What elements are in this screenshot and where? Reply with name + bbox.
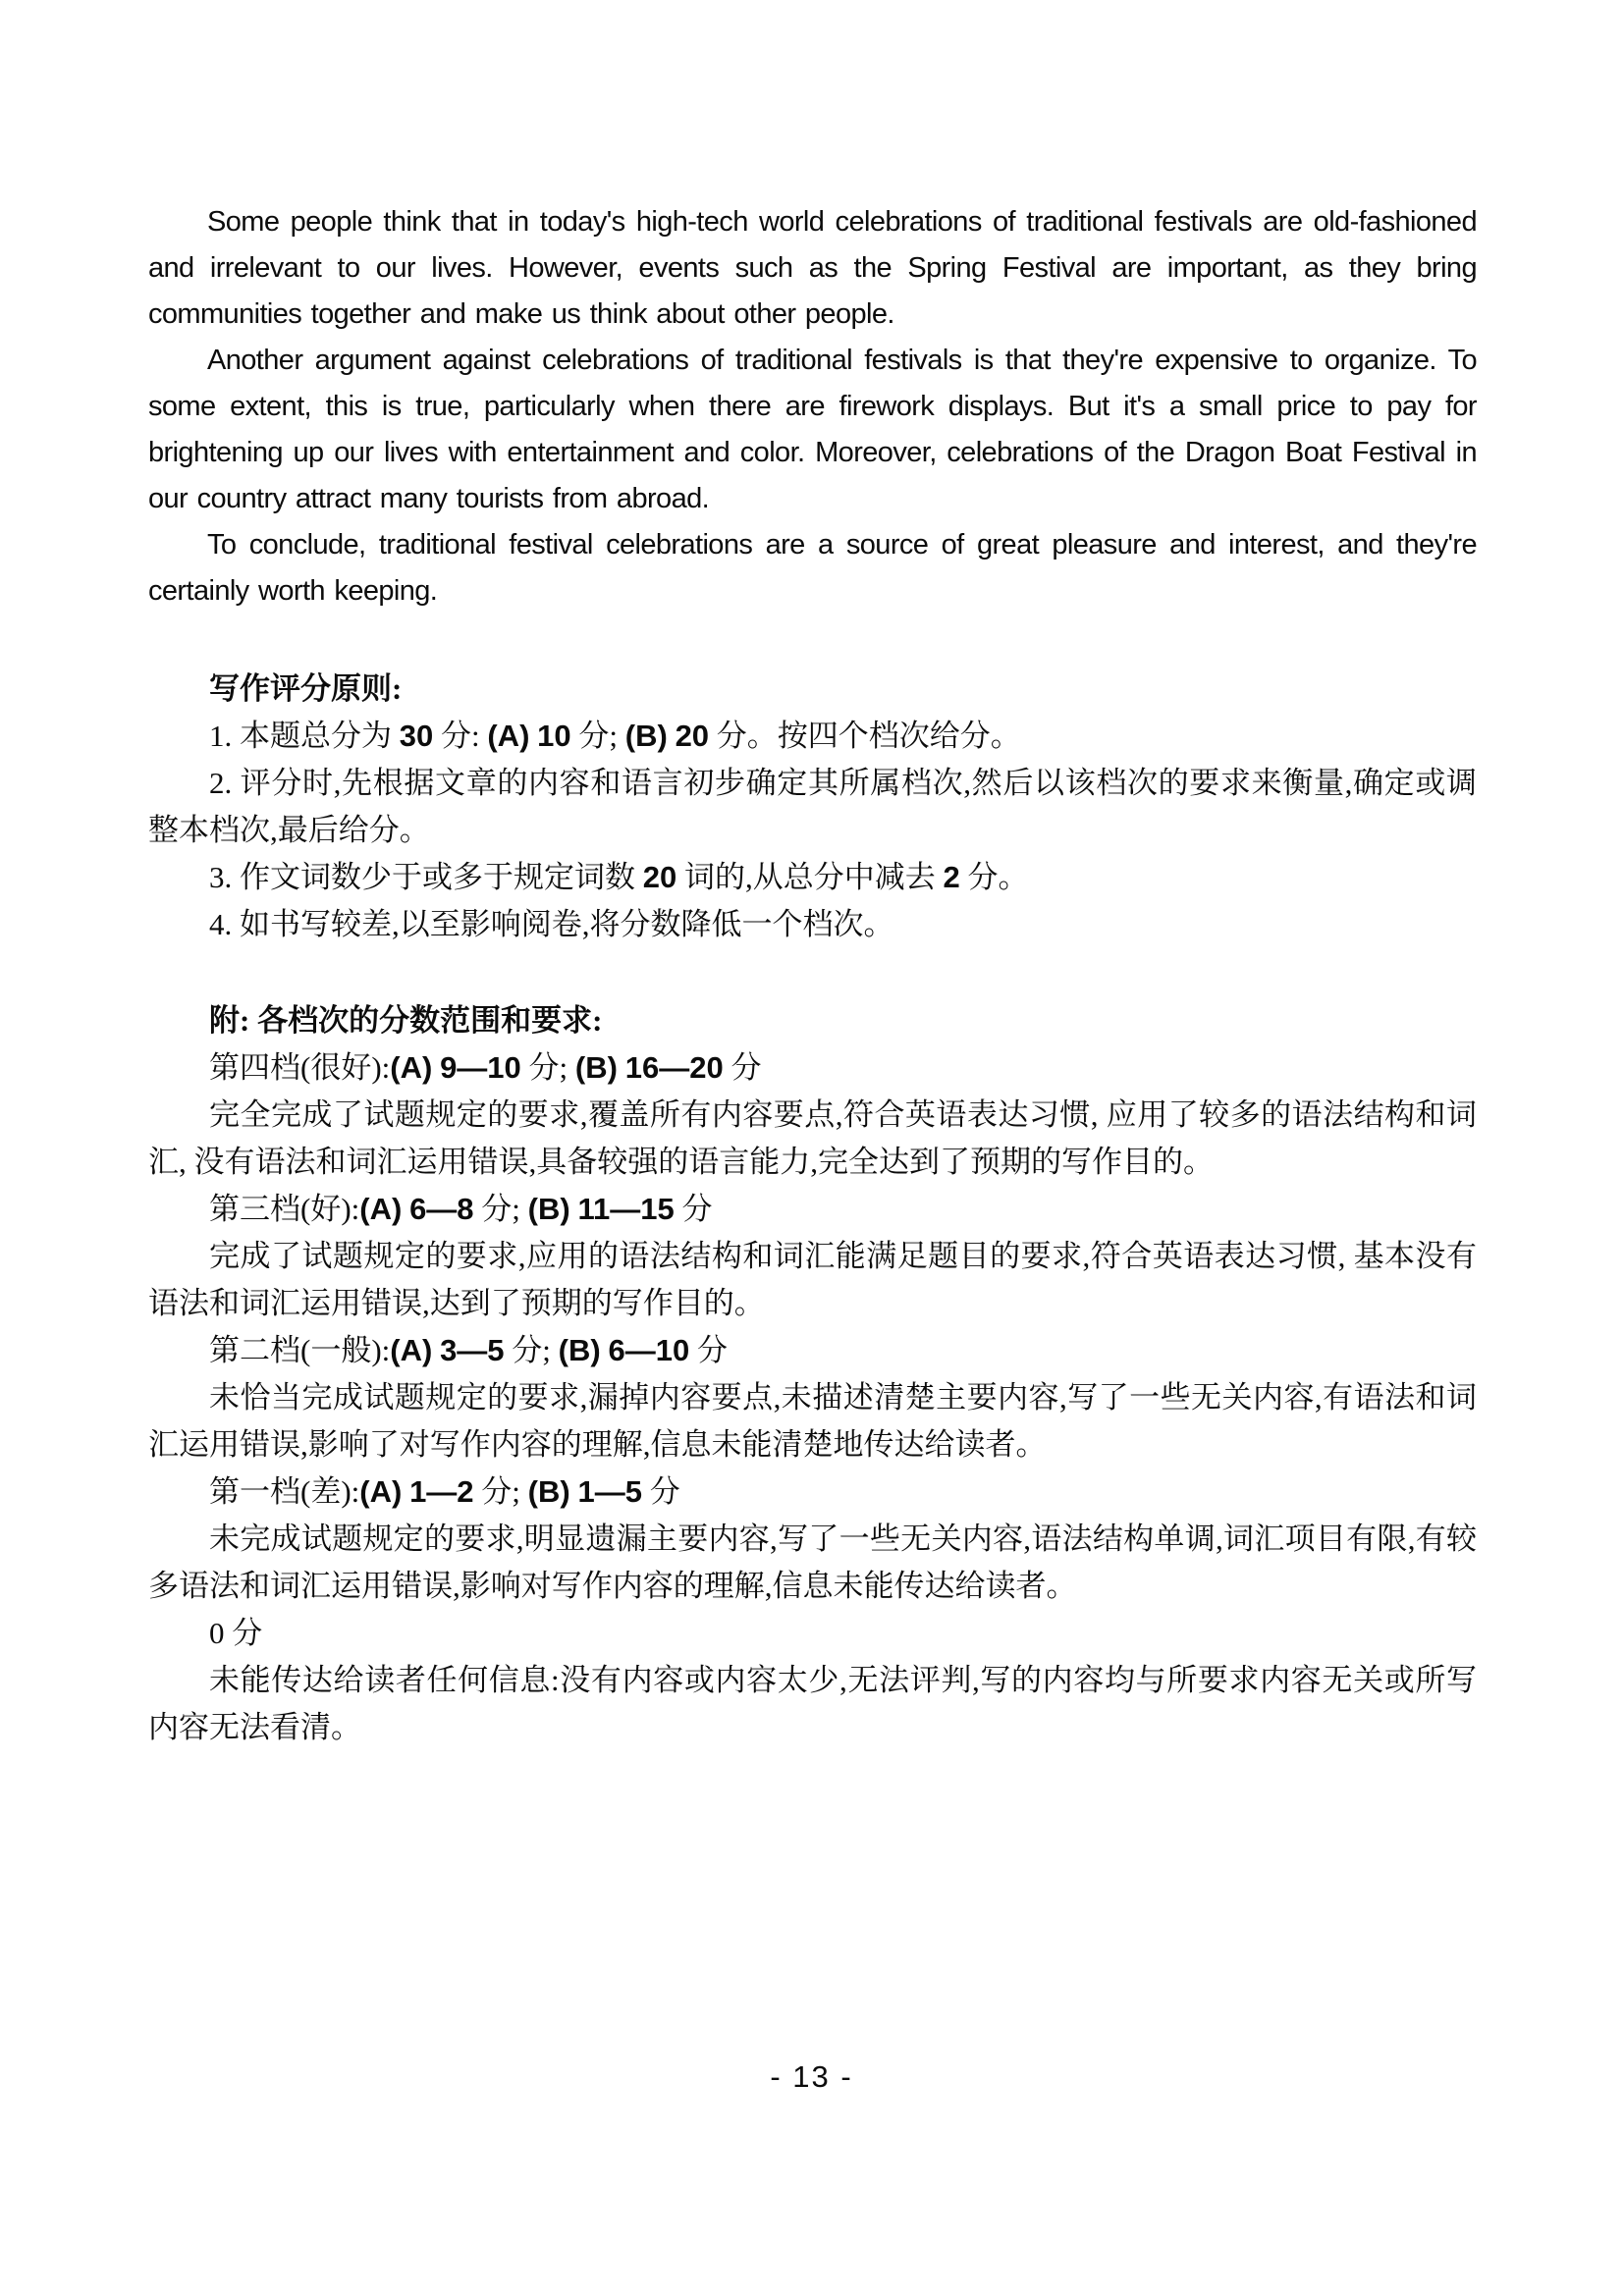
essay-paragraph: Some people think that in today's high-t… [148, 199, 1477, 338]
principle-marker: 4. [209, 907, 232, 941]
scoring-principle-item: 4. 如书写较差,以至影响阅卷,将分数降低一个档次。 [148, 901, 1477, 948]
page-number: - 13 - [0, 2059, 1623, 2095]
tier-description: 未恰当完成试题规定的要求,漏掉内容要点,未描述清楚主要内容,写了一些无关内容,有… [148, 1374, 1477, 1468]
tier-label: 0 分 [209, 1616, 262, 1650]
tier-description: 完全完成了试题规定的要求,覆盖所有内容要点,符合英语表达习惯, 应用了较多的语法… [148, 1092, 1477, 1186]
tier-title: 第三档(好):(A) 6—8 分; (B) 11—15 分 [148, 1186, 1477, 1233]
tier-description: 未能传达给读者任何信息:没有内容或内容太少,无法评判,写的内容均与所要求内容无关… [148, 1657, 1477, 1751]
page-content: Some people think that in today's high-t… [148, 199, 1477, 1751]
scoring-principle-item: 2. 评分时,先根据文章的内容和语言初步确定其所属档次,然后以该档次的要求来衡量… [148, 760, 1477, 854]
principle-marker: 2. [209, 766, 232, 800]
principle-marker: 3. [209, 860, 232, 894]
scoring-principle-item: 1. 本题总分为 30 分: (A) 10 分; (B) 20 分。按四个档次给… [148, 713, 1477, 760]
document-page: Some people think that in today's high-t… [0, 0, 1623, 2296]
tier-title: 第一档(差):(A) 1—2 分; (B) 1—5 分 [148, 1468, 1477, 1516]
principle-marker: 1. [209, 719, 232, 753]
tier-label: 第二档(一般): [209, 1333, 390, 1367]
tier-label: 第四档(很好): [209, 1050, 390, 1085]
tier-description: 未完成试题规定的要求,明显遗漏主要内容,写了一些无关内容,语法结构单调,词汇项目… [148, 1516, 1477, 1610]
tier-title: 第四档(很好):(A) 9—10 分; (B) 16—20 分 [148, 1044, 1477, 1092]
essay-paragraph: Another argument against celebrations of… [148, 338, 1477, 522]
scoring-principles-heading: 写作评分原则: [148, 666, 1477, 713]
tier-title: 第二档(一般):(A) 3—5 分; (B) 6—10 分 [148, 1327, 1477, 1374]
scoring-principle-item: 3. 作文词数少于或多于规定词数 20 词的,从总分中减去 2 分。 [148, 854, 1477, 901]
tier-label: 第一档(差): [209, 1474, 359, 1509]
sample-essay: Some people think that in today's high-t… [148, 199, 1477, 614]
tier-scores: (A) 9—10 分; (B) 16—20 分 [390, 1050, 761, 1085]
principle-text: 评分时,先根据文章的内容和语言初步确定其所属档次,然后以该档次的要求来衡量,确定… [148, 766, 1477, 847]
score-bands-heading: 附: 各档次的分数范围和要求: [148, 997, 1477, 1044]
score-bands-section: 附: 各档次的分数范围和要求: 第四档(很好):(A) 9—10 分; (B) … [148, 997, 1477, 1751]
principle-text: 作文词数少于或多于规定词数 20 词的,从总分中减去 2 分。 [232, 860, 1028, 894]
tier-label: 第三档(好): [209, 1192, 359, 1226]
essay-paragraph: To conclude, traditional festival celebr… [148, 522, 1477, 614]
tier-title: 0 分 [148, 1610, 1477, 1657]
tier-scores: (A) 1—2 分; (B) 1—5 分 [359, 1474, 679, 1509]
principle-text: 本题总分为 30 分: (A) 10 分; (B) 20 分。按四个档次给分。 [232, 719, 1021, 753]
principle-text: 如书写较差,以至影响阅卷,将分数降低一个档次。 [232, 907, 893, 941]
scoring-principles-section: 写作评分原则: 1. 本题总分为 30 分: (A) 10 分; (B) 20 … [148, 666, 1477, 948]
tier-scores: (A) 6—8 分; (B) 11—15 分 [359, 1192, 712, 1226]
tier-description: 完成了试题规定的要求,应用的语法结构和词汇能满足题目的要求,符合英语表达习惯, … [148, 1233, 1477, 1327]
tier-scores: (A) 3—5 分; (B) 6—10 分 [390, 1333, 728, 1367]
